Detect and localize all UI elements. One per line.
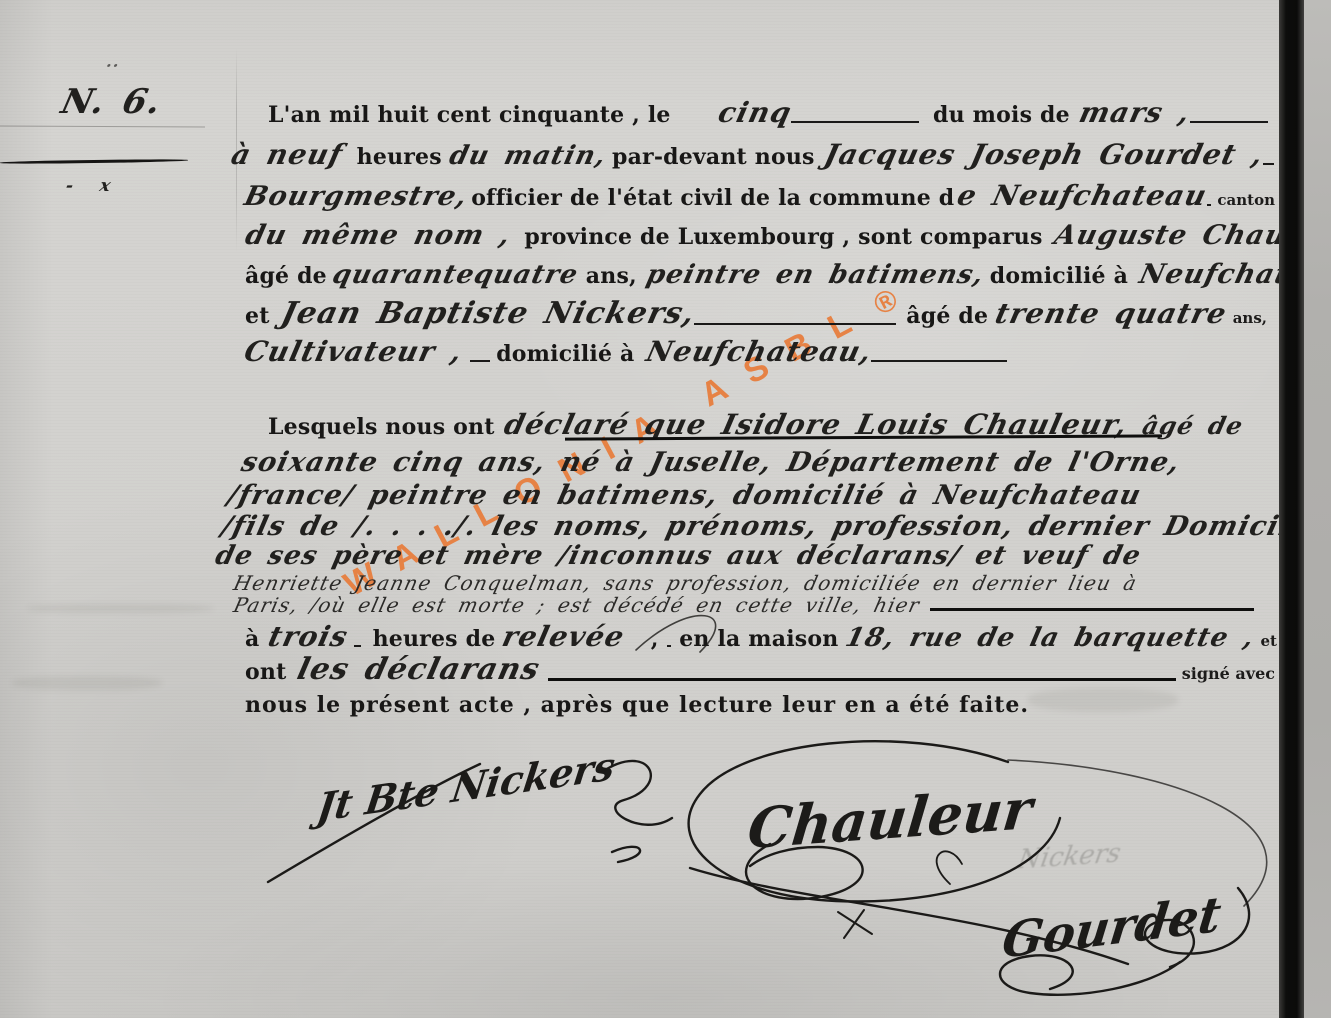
- act-number: N. 6.: [57, 82, 165, 122]
- handwritten-death-hour: trois: [266, 620, 352, 653]
- signature-gourdet: Gourdet: [999, 886, 1224, 970]
- act-line-12: de ses père et mère /inconnus aux déclar…: [216, 541, 1141, 571]
- handwritten-profession-2: Cultivateur ,: [241, 335, 466, 368]
- handwritten-filiation: /fils de /. . . ./. les noms, prénoms, p…: [218, 511, 1312, 542]
- form-rule: [548, 678, 1176, 681]
- printed-text: âgé de: [906, 303, 988, 329]
- handwritten-domicile-2: Neufchateau,: [643, 335, 875, 368]
- printed-text: signé avec: [1182, 664, 1275, 683]
- bleedthrough-smudge: [1028, 688, 1178, 712]
- act-line-17: nous le présent acte , après que lecture…: [245, 692, 1029, 718]
- handwritten-officer-name: Jacques Joseph Gourdet ,: [821, 138, 1267, 171]
- printed-text: canton: [1217, 191, 1275, 209]
- handwritten-time-of-day: du matin,: [446, 141, 609, 171]
- printed-text: ,: [651, 626, 659, 652]
- form-rule: [1263, 163, 1274, 165]
- handwritten-birth-details: soixante cinq ans, né à Juselle, Départe…: [238, 447, 1183, 478]
- handwritten-age-2: trente quatre: [992, 297, 1230, 330]
- handwritten-hour: à neuf: [228, 138, 346, 171]
- act-line-3: Bourgmestre, officier de l'état civil de…: [245, 179, 1275, 212]
- handwritten-commune: e Neufchateau: [955, 179, 1211, 212]
- printed-text: heures: [357, 144, 442, 170]
- printed-text: ans,: [1233, 309, 1267, 327]
- signature-ghost-bleedthrough: Nickers: [1015, 838, 1123, 876]
- act-line-14: Paris, /où elle est morte ; est décédé e…: [234, 593, 1254, 617]
- handwritten-day: cinq: [715, 96, 795, 129]
- bleedthrough-smudge: [12, 676, 162, 690]
- printed-text: domicilié à: [496, 341, 634, 367]
- printed-text: âgé de: [245, 263, 327, 289]
- act-line-15: à trois heures de relevée , en la maison…: [245, 620, 1277, 653]
- margin-top-marks: ··: [104, 56, 122, 75]
- act-line-1: L'an mil huit cent cinquante , le cinq d…: [268, 96, 1268, 129]
- form-rule: [354, 645, 360, 647]
- printed-text: L'an mil huit cent cinquante , le: [268, 102, 671, 128]
- printed-text: domicilié à: [990, 263, 1128, 289]
- act-line-16: ont les déclarans signé avec: [245, 652, 1275, 687]
- signature-nickers: Jt Bte Nickers: [314, 742, 618, 830]
- handwritten-age-1: quarantequatre: [329, 260, 581, 290]
- act-line-13: Henriette Jeanne Conquelman, sans profes…: [234, 571, 1137, 595]
- handwritten-les-declarans: les déclarans: [294, 652, 544, 687]
- handwritten-declarant-2: Jean Baptiste Nickers,: [278, 296, 699, 331]
- printed-text: par-devant nous: [612, 144, 815, 170]
- printed-text: et: [245, 303, 270, 329]
- margin-cross-mark: - x: [64, 176, 121, 196]
- act-line-2: à neuf heures du matin, par-devant nous …: [232, 138, 1274, 171]
- printed-text: ans,: [586, 263, 637, 289]
- act-line-7: Cultivateur , domicilié à Neufchateau,: [245, 335, 1007, 368]
- signature-chauleur: Chauleur: [745, 776, 1035, 861]
- margin-rule-thin: [0, 125, 205, 127]
- form-rule: [791, 121, 919, 123]
- printed-text: à: [245, 626, 259, 652]
- act-line-4: du même nom , province de Luxembourg , s…: [246, 220, 1331, 251]
- act-line-6: et Jean Baptiste Nickers, âgé de trente …: [245, 296, 1267, 331]
- handwritten-death-address: 18, rue de la barquette ,: [843, 623, 1258, 653]
- printed-closing-formula: nous le présent acte , après que lecture…: [245, 692, 1029, 718]
- gourdet-lead-in: [937, 851, 962, 884]
- chauleur-cross-tick: [838, 910, 872, 938]
- form-rule: [871, 360, 1007, 362]
- printed-text: en la maison: [679, 626, 838, 652]
- printed-text: province de Luxembourg , sont comparus: [524, 224, 1042, 250]
- form-rule: [1190, 121, 1268, 123]
- form-rule: [1207, 204, 1211, 206]
- act-line-10: /france/ peintre en batimens, domicilié …: [228, 480, 1141, 511]
- handwritten-profession-1: peintre en batimens,: [643, 260, 987, 290]
- printed-text: du mois de: [933, 102, 1070, 128]
- sweep-curve: [1008, 760, 1267, 906]
- book-binding-edge: [1279, 0, 1304, 1018]
- handwritten-officer-title: Bourgmestre,: [241, 181, 470, 212]
- printed-text: Lesquels nous ont: [268, 414, 495, 440]
- handwritten-parents-unknown: de ses père et mère /inconnus aux déclar…: [213, 541, 1145, 571]
- handwritten-relevee: relevée: [500, 620, 629, 653]
- handwritten-canton: du même nom ,: [242, 220, 514, 251]
- handwritten-month: mars ,: [1076, 96, 1194, 129]
- handwritten-widow-of: Henriette Jeanne Conquelman, sans profes…: [231, 571, 1140, 595]
- printed-text: officier de l'état civil de la commune d: [471, 185, 954, 211]
- form-rule: [470, 360, 490, 362]
- nickers-paraph-tail: [612, 847, 640, 862]
- form-rule: [930, 608, 1254, 611]
- form-rule: [694, 323, 896, 325]
- act-line-9: soixante cinq ans, né à Juselle, Départe…: [242, 447, 1180, 478]
- form-rule: [667, 645, 672, 647]
- printed-text: ont: [245, 659, 286, 685]
- printed-text: heures de: [373, 626, 496, 652]
- act-line-11: /fils de /. . . ./. les noms, prénoms, p…: [222, 511, 1309, 542]
- margin-rule-heavy: [0, 159, 188, 165]
- handwritten-profession-domicile: /france/ peintre en batimens, domicilié …: [224, 480, 1144, 511]
- bleedthrough-smudge: [28, 604, 213, 613]
- civil-register-scan: N. 6. ·· - x WALLONIA ASBL® L'an mil hui…: [0, 0, 1331, 1018]
- adjacent-page-edge: [1304, 0, 1331, 1018]
- act-line-5: âgé de quarantequatre ans, peintre en ba…: [245, 259, 1280, 290]
- handwritten-death-statement: Paris, /où elle est morte ; est décédé e…: [231, 593, 922, 617]
- printed-text: et: [1261, 632, 1277, 650]
